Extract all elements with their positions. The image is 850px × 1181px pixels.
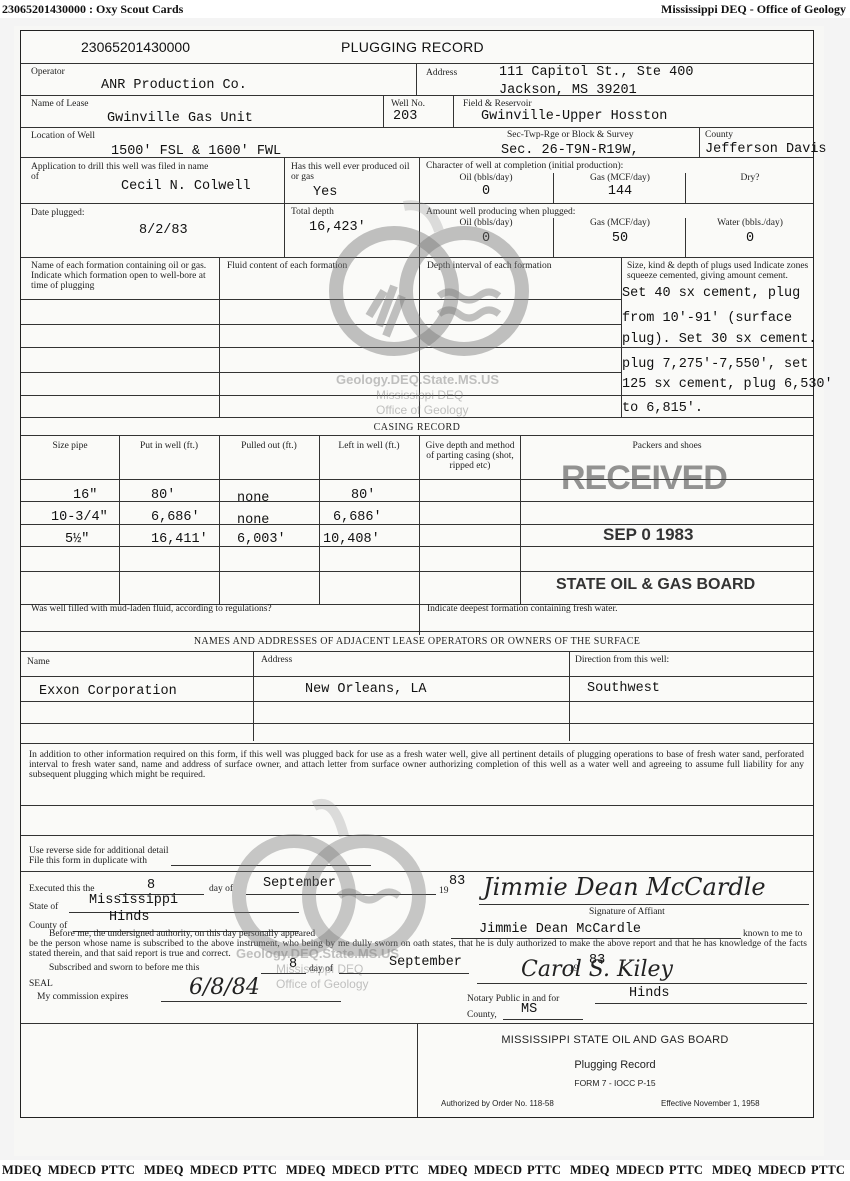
footer-item: MDECD	[758, 1163, 806, 1178]
completion-gas-label: Gas (MCF/day)	[555, 173, 685, 183]
page-header: 23065201430000 : Oxy Scout Cards Mississ…	[0, 0, 850, 18]
executed-year: 83	[449, 874, 465, 889]
casing-header-put: Put in well (ft.)	[119, 441, 219, 451]
plugged-water: 0	[687, 231, 813, 246]
casing-left: 80'	[351, 488, 375, 503]
operator-value: ANR Production Co.	[101, 78, 247, 93]
header-source: Mississippi DEQ - Office of Geology	[661, 2, 846, 17]
total-depth-label: Total depth	[291, 207, 334, 217]
footer-item: MDEQ	[570, 1163, 610, 1178]
casing-header-packers: Packers and shoes	[521, 441, 813, 451]
county-label: County	[705, 130, 733, 140]
casing-pulled: none	[237, 513, 269, 528]
header-title: 23065201430000 : Oxy Scout Cards	[2, 2, 183, 17]
board-effective: Effective November 1, 1958	[661, 1099, 760, 1109]
notary-county: Hinds	[629, 986, 670, 1001]
subscribed-day: 8	[289, 957, 297, 972]
plugged-gas: 50	[555, 231, 685, 246]
adjacent-direction: Southwest	[587, 681, 660, 696]
casing-left: 10,408'	[323, 532, 380, 547]
sec-twp-label: Sec-Twp-Rge or Block & Survey	[507, 130, 634, 140]
plug-line: from 10'-91' (surface	[622, 311, 792, 326]
casing-header-parting: Give depth and method of parting casing …	[421, 441, 519, 471]
county-value: Jefferson Davis	[705, 142, 827, 157]
applicant-value: Cecil N. Colwell	[121, 179, 251, 194]
executed-day: 8	[147, 878, 155, 893]
casing-title: CASING RECORD	[21, 423, 813, 433]
executed-month: September	[263, 876, 336, 891]
casing-put: 6,686'	[151, 510, 200, 525]
completion-oil-label: Oil (bbls/day)	[421, 173, 551, 183]
fresh-water-question: Indicate deepest formation containing fr…	[427, 604, 617, 614]
casing-put: 16,411'	[151, 532, 208, 547]
depth-interval-header: Depth interval of each formation	[427, 261, 552, 271]
instructions-text: In addition to other information require…	[29, 750, 804, 780]
completion-dry-label: Dry?	[687, 173, 813, 183]
api-number: 23065201430000	[81, 40, 190, 55]
casing-left: 6,686'	[333, 510, 382, 525]
county-of-value: Hinds	[109, 910, 150, 925]
plugged-oil: 0	[421, 231, 551, 246]
location-label: Location of Well	[31, 131, 95, 141]
casing-pulled: none	[237, 491, 269, 506]
footer-item: MDEQ	[712, 1163, 752, 1178]
address-label: Address	[426, 68, 457, 78]
footer-item: MDECD	[474, 1163, 522, 1178]
casing-pulled: 6,003'	[237, 532, 286, 547]
plug-line: plug 7,275'-7,550', set	[622, 357, 808, 372]
state-value: Mississippi	[89, 893, 178, 908]
notary-label: Notary Public in and for	[467, 994, 559, 1004]
known-text: known to me to	[743, 929, 802, 939]
day-of-label: day of	[209, 884, 233, 894]
field-label: Field & Reservoir	[463, 99, 532, 109]
county2-label: County,	[467, 1010, 497, 1020]
footer-item: MDEQ	[2, 1163, 42, 1178]
casing-header-pulled: Pulled out (ft.)	[219, 441, 319, 451]
casing-put: 80'	[151, 488, 175, 503]
subscribed-month: September	[389, 955, 462, 970]
produced-value: Yes	[313, 185, 337, 200]
mud-question: Was well filled with mud-laden fluid, ac…	[31, 604, 272, 614]
plug-line: plug). Set 30 sx cement.	[622, 332, 816, 347]
adjacent-direction-label: Direction from this well:	[575, 655, 669, 665]
board-form-number: FORM 7 - IOCC P-15	[417, 1078, 813, 1088]
plug-line: 125 sx cement, plug 6,530'	[622, 377, 833, 392]
footer-item: MDECD	[48, 1163, 96, 1178]
state-label: State of	[29, 902, 58, 912]
date-plugged-value: 8/2/83	[139, 223, 188, 238]
subscribed-label: Subscribed and sworn to before me this	[49, 963, 199, 973]
footer-item: MDECD	[616, 1163, 664, 1178]
year-prefix: 19	[439, 886, 449, 896]
operator-label: Operator	[31, 67, 65, 77]
plugged-oil-label: Oil (bbls/day)	[421, 218, 551, 228]
adjacent-address-label: Address	[261, 655, 292, 665]
received-date-stamp: SEP 0 1983	[603, 525, 693, 545]
footer-item: PTTC	[101, 1163, 135, 1178]
scanned-document: 23065201430000 PLUGGING RECORD Operator …	[14, 26, 824, 1156]
commission-label: My commission expires	[37, 992, 128, 1002]
footer-item: MDECD	[190, 1163, 238, 1178]
board-authorized: Authorized by Order No. 118-58	[441, 1099, 554, 1109]
casing-size: 5½"	[65, 532, 89, 547]
plugs-header: Size, kind & depth of plugs used Indicat…	[627, 261, 812, 281]
sec-twp-value: Sec. 26-T9N-R19W,	[501, 143, 639, 158]
notary-signature: Carol S. Kiley	[521, 957, 673, 982]
adjacent-title: NAMES AND ADDRESSES OF ADJACENT LEASE OP…	[21, 637, 813, 647]
executed-label: Executed this the	[29, 884, 94, 894]
completion-gas: 144	[555, 184, 685, 199]
produced-label: Has this well ever produced oil or gas	[291, 162, 411, 182]
footer-item: MDECD	[332, 1163, 380, 1178]
plugged-gas-label: Gas (MCF/day)	[555, 218, 685, 228]
plug-line: to 6,815'.	[622, 401, 703, 416]
well-no-value: 203	[393, 109, 417, 124]
affiant-signature: Jimmie Dean McCardle	[483, 873, 766, 901]
appeared-name: Jimmie Dean McCardle	[479, 922, 641, 937]
plugged-water-label: Water (bbls./day)	[687, 218, 813, 228]
footer-item: MDEQ	[286, 1163, 326, 1178]
seal-label: SEAL	[29, 979, 53, 989]
duplicate-note: File this form in duplicate with	[29, 856, 147, 866]
when-plugged-label: Amount well producing when plugged:	[426, 207, 575, 217]
completion-label: Character of well at completion (initial…	[426, 161, 623, 171]
signature-label: Signature of Affiant	[589, 907, 665, 917]
lease-value: Gwinville Gas Unit	[107, 111, 253, 126]
board-stamp: STATE OIL & GAS BOARD	[556, 576, 755, 594]
casing-header-size: Size pipe	[21, 441, 119, 451]
casing-header-left: Left in well (ft.)	[319, 441, 419, 451]
board-subtitle: Plugging Record	[417, 1060, 813, 1070]
reverse-note: Use reverse side for additional detail	[29, 846, 169, 856]
footer-item: PTTC	[385, 1163, 419, 1178]
footer-item: PTTC	[243, 1163, 277, 1178]
received-stamp: RECEIVED	[561, 459, 727, 498]
casing-size: 10-3/4"	[51, 510, 108, 525]
footer-item: MDEQ	[428, 1163, 468, 1178]
adjacent-name: Exxon Corporation	[39, 684, 177, 699]
fluid-content-header: Fluid content of each formation	[227, 261, 347, 271]
total-depth-value: 16,423'	[309, 220, 366, 235]
form-title: PLUGGING RECORD	[341, 40, 484, 55]
adjacent-address: New Orleans, LA	[305, 682, 427, 697]
plug-line: Set 40 sx cement, plug	[622, 286, 800, 301]
county2-value: MS	[521, 1002, 537, 1017]
completion-oil: 0	[421, 184, 551, 199]
lease-label: Name of Lease	[31, 99, 89, 109]
footer-item: MDEQ	[144, 1163, 184, 1178]
field-value: Gwinville-Upper Hosston	[481, 109, 667, 124]
before-me-text: Before me, the undersigned authority, on…	[49, 929, 315, 939]
adjacent-name-label: Name	[27, 657, 50, 667]
plugging-record-form: 23065201430000 PLUGGING RECORD Operator …	[20, 30, 814, 1118]
date-plugged-label: Date plugged:	[31, 208, 85, 218]
address-line1: 111 Capitol St., Ste 400	[499, 65, 693, 80]
casing-size: 16"	[73, 488, 97, 503]
well-no-label: Well No.	[391, 99, 425, 109]
footer-item: PTTC	[811, 1163, 845, 1178]
footer-item: PTTC	[669, 1163, 703, 1178]
board-name: MISSISSIPPI STATE OIL AND GAS BOARD	[417, 1035, 813, 1045]
formation-name-header: Name of each formation containing oil or…	[31, 261, 211, 291]
page-footer: MDEQ MDECD PTTC MDEQ MDECD PTTC MDEQ MDE…	[0, 1160, 850, 1181]
sub-day-of: day of	[309, 964, 333, 974]
commission-date: 6/8/84	[189, 975, 260, 1000]
footer-item: PTTC	[527, 1163, 561, 1178]
